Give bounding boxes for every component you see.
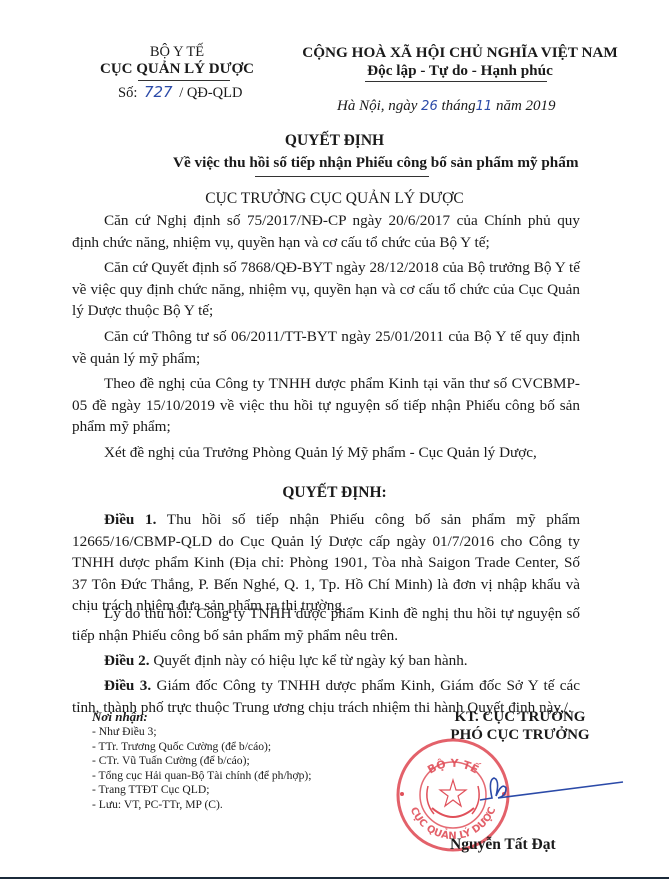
recipient-item: - Như Điều 3; [92,725,312,740]
recipient-item: - CTr. Vũ Tuấn Cường (để b/cáo); [92,754,312,769]
decision-heading: QUYẾT ĐỊNH: [0,484,669,502]
ministry-name: BỘ Y TẾ [92,44,262,61]
country-name: CỘNG HOÀ XÃ HỘI CHỦ NGHĨA VIỆT NAM [290,44,630,62]
date-month: 11 [476,99,493,114]
document-subject: Về việc thu hồi số tiếp nhận Phiếu công … [173,154,579,172]
document-title: QUYẾT ĐỊNH [0,132,669,150]
svg-text:BỘ Y TẾ: BỘ Y TẾ [425,757,482,777]
preamble-4: Theo đề nghị của Công ty TNHH dược phẩm … [72,373,580,438]
date-month-label: tháng [441,98,475,114]
recipients-heading: Nơi nhận: [92,709,312,725]
date-prefix: Hà Nội, ngày [337,98,417,114]
preamble-1: Căn cứ Nghị định số 75/2017/NĐ-CP ngày 2… [72,210,580,253]
article-2-text: Quyết định này có hiệu lực kể từ ngày ký… [150,652,468,669]
number-suffix: / QĐ-QLD [179,85,242,101]
department-name: CỤC QUẢN LÝ DƯỢC [92,61,262,78]
recipient-item: - Lưu: VT, PC-TTr, MP (C). [92,798,312,813]
recall-reason: Lý do thu hồi: Công ty TNHH dược phẩm Ki… [72,603,580,646]
preamble-2: Căn cứ Quyết định số 7868/QĐ-BYT ngày 28… [72,257,580,322]
signer-name: Nguyễn Tất Đạt [450,836,556,854]
subject-underline [255,176,429,177]
document-number: Số: 727 / QĐ-QLD [118,83,242,102]
article-1: Điều 1. Thu hồi số tiếp nhận Phiếu công … [72,509,580,617]
department-underline [138,80,230,81]
recipients-block: Nơi nhận: - Như Điều 3; - TTr. Trương Qu… [92,709,312,813]
article-1-label: Điều 1. [104,511,156,528]
article-2-label: Điều 2. [104,652,150,669]
article-3-label: Điều 3. [104,677,151,694]
number-handwritten: 727 [144,83,173,101]
number-prefix: Số: [118,85,137,101]
article-2: Điều 2. Quyết định này có hiệu lực kể từ… [72,650,580,672]
document-date: Hà Nội, ngày 26 tháng11 năm 2019 [337,98,556,115]
recipient-item: - Tổng cục Hải quan-Bộ Tài chính (để ph/… [92,769,312,784]
issuing-authority: CỤC TRƯỞNG CỤC QUẢN LÝ DƯỢC [0,190,669,208]
motto-underline [365,81,547,82]
date-day: 26 [421,99,438,114]
recipient-item: - Trang TTĐT Cục QLD; [92,783,312,798]
handwritten-signature-icon [478,770,628,810]
stamp-top-text: BỘ Y TẾ [425,757,482,777]
signature-title-1: KT. CỤC TRƯỞNG [420,709,620,726]
recipient-item: - TTr. Trương Quốc Cường (để b/cáo); [92,740,312,755]
preamble-3: Căn cứ Thông tư số 06/2011/TT-BYT ngày 2… [72,326,580,369]
national-motto: Độc lập - Tự do - Hạnh phúc [290,62,630,80]
date-year: năm 2019 [496,98,556,114]
preamble-5: Xét đề nghị của Trưởng Phòng Quản lý Mỹ … [72,442,580,464]
